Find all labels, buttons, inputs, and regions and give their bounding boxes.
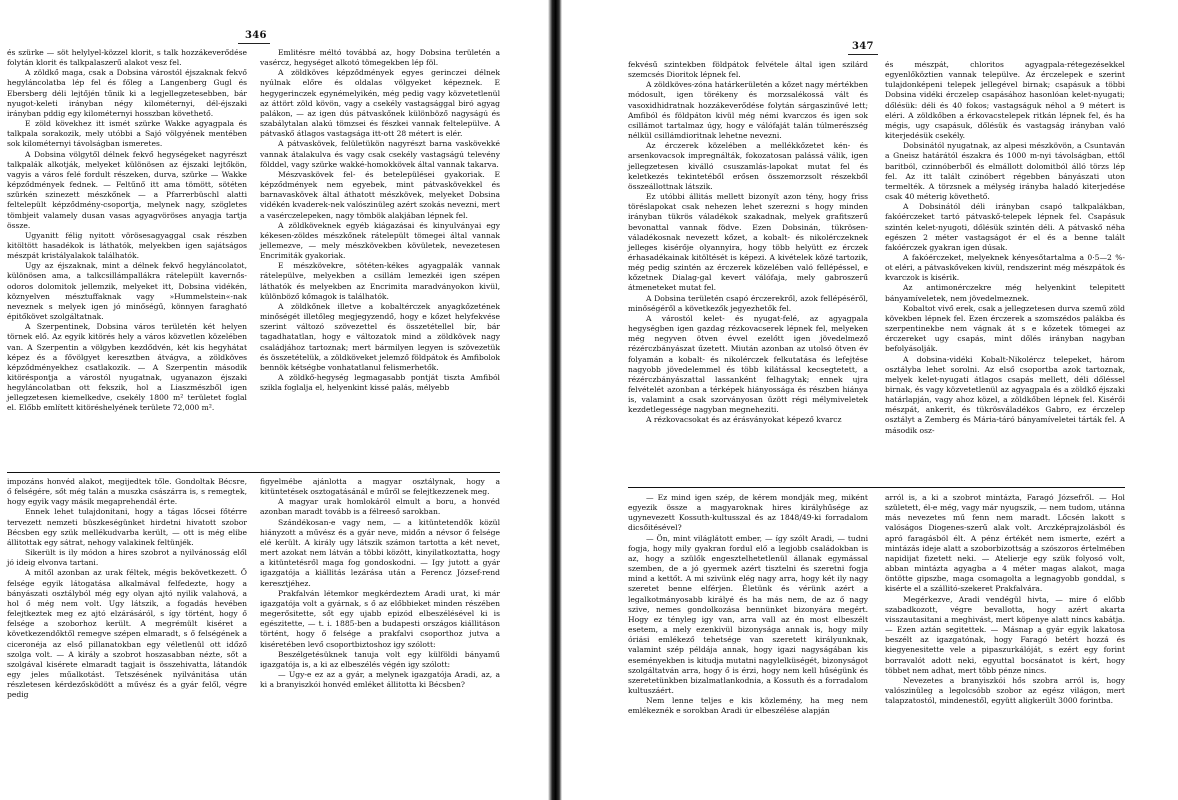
paragraph: arról is, a ki a szobrot mintázta, Farag… [885, 493, 1125, 595]
paragraph: A Dobsina völgytől délnek fekvő hegysége… [7, 150, 247, 231]
section-divider-right [628, 487, 1125, 488]
paragraph: Kobaltot vivő erek, csak a jellegzetesen… [885, 304, 1125, 355]
left-lower-column-1: impozáns honvéd alakot, megijedtek tőle.… [7, 477, 247, 700]
paragraph: — Ön, mint világlátott ember, — így szól… [628, 534, 868, 697]
paragraph: Emlitésre méltó továbbá az, hogy Dobsina… [260, 48, 500, 68]
paragraph: A Dobsinától déli irányban csapó talkpal… [885, 202, 1125, 253]
page-number-left: 346 [245, 30, 267, 41]
paragraph: Megérkezve, Aradi vendégül hivta, — mire… [885, 595, 1125, 676]
left-page: 346 és szürke — söt helylyel-közzel klor… [0, 0, 520, 800]
paragraph: és mészpát, chloritos agyagpala-rétegezé… [885, 60, 1125, 141]
paragraph: impozáns honvéd alakot, megijedtek tőle.… [7, 477, 247, 507]
paragraph: Ennek lehet tulajdonitani, hogy a tágas … [7, 507, 247, 548]
right-upper-column-1: fekvésű szintekben földpátok felvétele á… [628, 60, 868, 426]
paragraph: Nem lenne teljes e kis közlemény, ha meg… [628, 696, 868, 716]
paragraph: A zöldkő maga, csak a Dobsina várostól é… [7, 68, 247, 119]
paragraph: — Ez mind igen szép, de kérem mondják me… [628, 493, 868, 534]
paragraph: A Dobsina területén csapó érczerekről, a… [628, 294, 868, 314]
paragraph: — Ugy-e ez az a gyár, a melynek igazgató… [260, 670, 500, 690]
paragraph: Dobsinától nyugatnak, az alpesi mészkövö… [885, 141, 1125, 202]
left-lower-column-2: figyelmébe ajánlotta a magyar osztálynak… [260, 477, 500, 690]
paragraph: A zöldköves képződmények egyes gerinczei… [260, 68, 500, 139]
paragraph: A zöldköveknek egyéb kiágazásai és kinyu… [260, 221, 500, 262]
page-number-rule [848, 54, 878, 55]
paragraph: Sikerült is ily módon a hires szobrot a … [7, 548, 247, 568]
paragraph: A várostól kelet- és nyugat-felé, az agy… [628, 314, 868, 416]
paragraph: Szándékosan-e vagy nem, — a kitüntetendő… [260, 518, 500, 589]
book-gutter-shadow [548, 0, 562, 800]
paragraph: Mészvaskövek fel- és betelepülései gyako… [260, 170, 500, 221]
paragraph: A dobsina-vidéki Kobalt-Nikolércz telepe… [885, 355, 1125, 436]
page-number-rule [238, 43, 270, 44]
paragraph: Ugy az éjszaknak, mint a délnek fekvő he… [7, 261, 247, 322]
paragraph: Ugyanitt félig nyitott vörösesagyaggal c… [7, 231, 247, 261]
paragraph: Prakfalván létemkor megkérdeztem Aradi u… [260, 589, 500, 650]
paragraph: A zöldkőnek illetve a kobaltérczek anyag… [260, 302, 500, 373]
left-upper-column-2: Emlitésre méltó továbbá az, hogy Dobsina… [260, 48, 500, 393]
paragraph: és szürke — söt helylyel-közzel klorit, … [7, 48, 247, 68]
right-lower-column-2: arról is, a ki a szobrot mintázta, Farag… [885, 493, 1125, 706]
paragraph: E zöld kövekhez itt ismét szürke Wakke a… [7, 119, 247, 149]
paragraph: Az antimonérczekre még helyenkint telepi… [885, 283, 1125, 303]
paragraph: A pátvaskövek, felületükön nagyrészt bar… [260, 139, 500, 169]
paragraph: Az érczerek közelében a mellékkőzetet ké… [628, 141, 868, 192]
left-upper-column-1: és szürke — söt helylyel-közzel klorit, … [7, 48, 247, 414]
paragraph: E mészkövekre, sötéten-kékes agyagpalák … [260, 261, 500, 302]
right-upper-column-2: és mészpát, chloritos agyagpala-rétegezé… [885, 60, 1125, 436]
paragraph: Ez utóbbi állitás mellett bizonyít azon … [628, 192, 868, 294]
paragraph: A Szerpentinek, Dobsina város területén … [7, 322, 247, 413]
paragraph: A zöldkő-hegység legmagasabb pontját tis… [260, 373, 500, 393]
paragraph: figyelmébe ajánlotta a magyar osztálynak… [260, 477, 500, 497]
right-page: 347 fekvésű szintekben földpátok felvéte… [588, 0, 1178, 800]
right-lower-column-1: — Ez mind igen szép, de kérem mondják me… [628, 493, 868, 716]
paragraph: A magyar urak homlokáról elmult a boru, … [260, 497, 500, 517]
page-number-right: 347 [852, 41, 874, 52]
paragraph: A rézkovacsokat és az érásványokat képez… [628, 415, 868, 425]
paragraph: A mitől azonban az urak féltek, mégis be… [7, 568, 247, 700]
paragraph: fekvésű szintekben földpátok felvétele á… [628, 60, 868, 80]
paragraph: A fakóérczeket, melyeknek kényesőtartalm… [885, 253, 1125, 283]
paragraph: A zöldköves-zóna határkerületén a kőzet … [628, 80, 868, 141]
paragraph: Beszélgetésüknek tanuja volt egy külföld… [260, 650, 500, 670]
paragraph: Nevezetes a branyiszkói hős szobra arról… [885, 676, 1125, 706]
section-divider-left [7, 472, 500, 473]
